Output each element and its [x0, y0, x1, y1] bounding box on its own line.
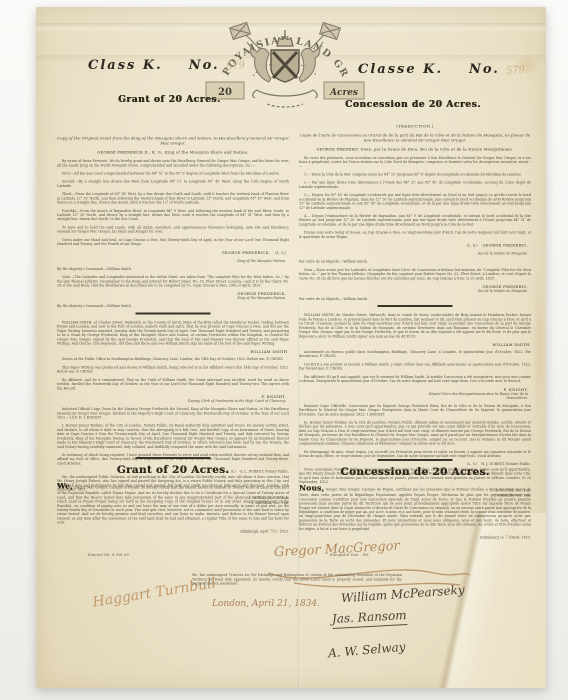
sworn-clause: Sworn at the Public Office in Southampto… — [57, 357, 289, 361]
given-clause: Given under our Hand and Seal, at Cape G… — [57, 238, 289, 246]
smith-affidavit: WILLIAM SMITH, of Charles Street, Walwor… — [57, 320, 289, 345]
motto-ribbon — [253, 90, 317, 107]
king-signature-block-2: GEORGE FREDERICK, King of the Mosquito N… — [176, 292, 286, 301]
notary-certificate: I, Horner Junior Perkins, of the City of… — [57, 424, 289, 449]
class-label-right: Classe K. — [358, 62, 443, 77]
grant-body: We, Gregor Mac Gregor, Cacique of Poyais… — [57, 482, 289, 525]
crown-icon — [277, 30, 293, 46]
concession-body-text: Gregor Mac Gregor, Cacique de Poyais, ce… — [299, 488, 531, 531]
smith-signature-fr: WILLIAM SMITH. — [299, 343, 531, 348]
smith-affidavit-fr: WILLIAM SMITH, de Charles Street, Walwor… — [299, 313, 531, 338]
concession-date-suffix: d'Avril, 1823. — [509, 536, 531, 540]
class-line-right: Classe K.No.579 — [358, 62, 525, 77]
badge-acres: Acres — [329, 88, 358, 98]
trustees-text: We, the undersigned Trustees for the Exc… — [192, 573, 402, 586]
indorsed-copy: Indorsed Official Copy. Grant by His Maj… — [57, 407, 289, 420]
trustees-date-handwritten: London, April 21, 1834. — [212, 599, 320, 609]
boundary-1-fr: 1.— Toute la Côte de la Mer comprise ent… — [299, 172, 531, 176]
grant-day-handwritten: 7th, — [270, 529, 279, 534]
grant-lead-word: We, — [57, 482, 73, 491]
king-signature-title-2-fr: Roi de la Nation de Mosquito. — [418, 289, 528, 293]
clerk-signature-block: F. KNIGHT, Deputy Clerk of Inrolments in… — [176, 395, 286, 404]
command-line-2: By His Majesty's Command.—William Smith. — [57, 304, 289, 308]
photo-background: POYAISIAN LAND GRANT. — [0, 0, 568, 700]
no-label-right: No. — [469, 62, 500, 77]
king-signature: GEORGE FREDERICK, — [222, 250, 271, 255]
produced-clause-fr: Cet Écrit a été produit et montré à Will… — [299, 362, 531, 370]
concession-de-20-acres-right: Concession de 20 Acres. — [345, 100, 481, 110]
seal-mark: (L. S.) — [275, 251, 286, 255]
grant-heading: Grant of 20 Acres. — [57, 463, 289, 476]
command-line-fr: Par ordre de sa Majesté,—William Smith. — [299, 260, 531, 264]
concession-heading: Concession de 20 Acres. — [299, 465, 531, 478]
king-signature-title: King of the Mosquito Nation. — [176, 259, 286, 263]
given-clause-fr: Donné sous notre Seing et Sceau, au Cap … — [299, 231, 531, 239]
paper-stain — [532, 257, 546, 437]
grant-number-right: 579 — [505, 64, 525, 77]
king-signature-title-2: King of the Mosquito Nation. — [176, 296, 286, 300]
grant-place-date: Edinburgh, April 7th, 1823. — [57, 529, 289, 535]
clerk-title: Deputy Clerk of Inrolments in the High C… — [176, 399, 286, 403]
command-line: By His Majesty's Command.—William Smith. — [57, 267, 289, 271]
boundary-2-fr: 2.— Par une ligne droite tirée directeme… — [299, 181, 531, 189]
boundary-3-fr: 3.— Depuis les 85° 45′ de Longitude occi… — [299, 193, 531, 210]
king-signature-fr: GEORGE FREDERIC, — [483, 243, 529, 248]
concession-place: Edimbourg ce — [480, 536, 503, 540]
indorsed-copy-fr: Endossé Copie Officielle. Concession par… — [299, 404, 531, 417]
section-divider-fr — [378, 305, 453, 307]
trustee-signature-3: A. W. Selway — [328, 640, 406, 661]
concession-place-date: Edimbourg ce 7 d'Avril, 1823. — [299, 535, 531, 541]
copy-caption: Copy of the Original Grant from the King… — [57, 136, 289, 146]
grant-preamble-fr: En vertu des présentes, nous accordons e… — [299, 156, 531, 169]
entered-vol-fol: Entered Vol. 4, Fol. 60 — [88, 553, 129, 557]
clerk-signature-block-fr: F. KNIGHT, Député-Clerc des Enregistreme… — [418, 387, 528, 400]
concession-divider — [378, 459, 453, 461]
king-signature-block: GEORGE FREDERICK,(L. S.) King of the Mos… — [176, 250, 286, 263]
grant-place: Edinburgh, April — [240, 529, 268, 533]
traduction-label: (TRADUCTION.) — [299, 124, 531, 129]
boundary-second: Second.—By a straight line drawn due Wes… — [57, 180, 289, 188]
king-signature-block-2-fr: GEORGE FREDERIC, Roi de la Nation de Mos… — [418, 284, 528, 293]
grant-section: Grant of 20 Acres. We, Gregor Mac Gregor… — [57, 455, 289, 555]
grant-of-20-acres-left: Grant of 20 Acres. — [118, 95, 221, 105]
concession-lead-word: Nous, — [299, 484, 324, 493]
produced-clause: This Paper Writing was produced and show… — [57, 365, 289, 373]
king-title-line: GEORGE FREDERICK II., K. G., King of the… — [57, 150, 289, 155]
boundary-4-fr: 4.— Depuis l'embouchure de la Rivière de… — [299, 214, 531, 227]
king-title-line-fr: GEORGE FREDERIC Deux, par la Grace de Di… — [299, 147, 531, 152]
grant-number-left: 579 — [225, 60, 245, 73]
grant-year: 1823. — [280, 529, 289, 533]
shield-saltire — [271, 50, 299, 82]
concession-body: Nous, Gregor Mac Gregor, Cacique de Poya… — [299, 484, 531, 532]
note-paragraph-fr: Nota.—Nous avons pris les Latitudes et L… — [299, 268, 531, 281]
boundary-third: Third.—From the Longitude of 85° 45′ Wes… — [57, 192, 289, 205]
smith-signature: WILLIAM SMITH. — [57, 350, 289, 355]
grant-preamble: By virtue of these Presents, We do hereb… — [57, 159, 289, 167]
king-signature-block-fr: (L. S.)GEORGE FREDERIC, Roi de la Nation… — [418, 243, 528, 256]
note-paragraph: Note.—The Latitudes and Longitudes menti… — [57, 275, 289, 288]
inrolment-memo-fr: Par Affidavit: Et qu'il soit rappelé, qu… — [299, 375, 531, 383]
notary-certificate-fr: Je, Horner Junior Perkins, de la Cité de… — [299, 420, 531, 445]
boundary-first: First.—All the Sea Coast comprehended be… — [57, 171, 289, 175]
document-paper: POYAISIAN LAND GRANT. — [36, 7, 546, 688]
command-line-2-fr: Par ordre de sa Majesté,—William Smith. — [299, 297, 531, 301]
no-label-left: No. — [189, 58, 220, 73]
sworn-clause-fr: Assermenté au Bureau public dans Southam… — [299, 350, 531, 358]
boundary-fourth: Fourthly.—From the mouth of Raymalton Ri… — [57, 209, 289, 222]
grant-body-text: Gregor Mac Gregor, Cacique of Poyais, do… — [57, 486, 289, 525]
copy-caption-fr: Copie de l'Acte de Concession ou Octroi … — [299, 133, 531, 143]
class-line-left: Class K.No.579 — [88, 58, 245, 73]
class-label-left: Class K. — [88, 58, 163, 73]
section-divider — [136, 312, 211, 314]
clerk-title-fr: Député-Clerc des Enregistremens dans la … — [418, 392, 528, 400]
habendum-clause: To have and to hold the said Lands, with… — [57, 225, 289, 233]
inrolment-memo: By Affidavit: And be it remembered, That… — [57, 378, 289, 391]
concession-day-handwritten: 7 — [505, 535, 508, 540]
king-signature-title-fr: Roi de la Nation de Mosquito. — [418, 252, 528, 256]
grant-divider — [136, 457, 211, 459]
seal-mark-fr: (L. S.) — [467, 244, 478, 248]
